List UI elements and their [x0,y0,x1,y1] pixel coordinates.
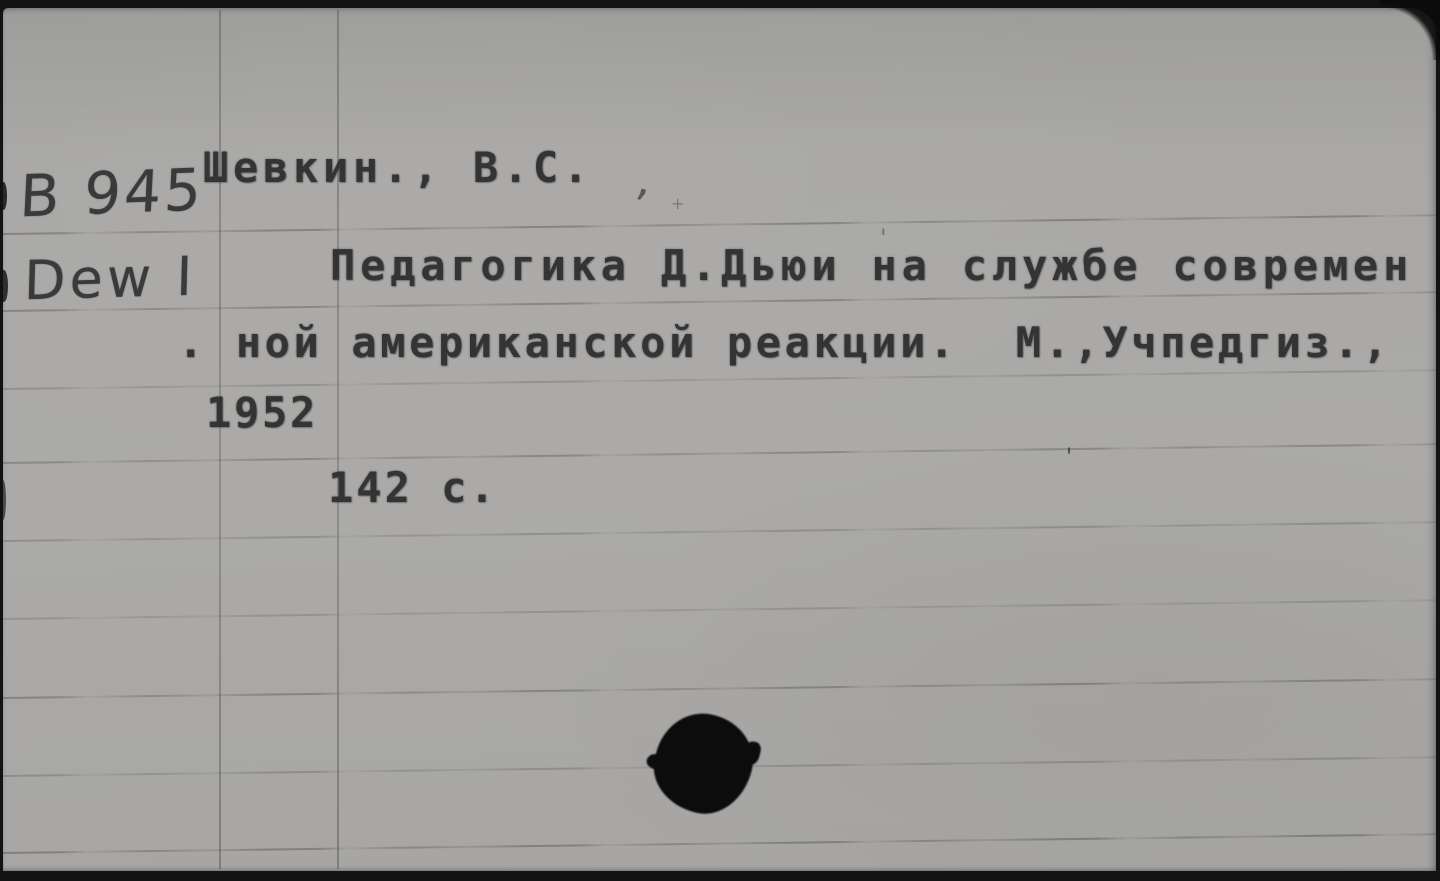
scan-edge-artifact [0,480,6,520]
publication-year: 1952 [206,392,318,434]
call-number-bottom: Dew I [23,250,197,308]
tick-mark-above-title: ' [880,226,887,250]
title-line-1: Педагогика Д.Дьюи на службе современ [330,245,1413,287]
title-line-2: . ной американской реакции. М.,Учпедгиз.… [178,322,1391,364]
scan-edge-artifact [0,182,7,210]
vertical-margin-line-right [337,10,339,869]
card-top-shading [3,8,1436,158]
call-number-top: В 945 [18,160,205,225]
author-line: Шевкин., В.С. [203,147,593,189]
tick-mark-right: ' [1066,447,1072,469]
rounded-corner-shadow [1380,0,1440,60]
small-plus-mark: + [671,196,684,212]
vertical-margin-line-left [219,10,221,869]
page-count: 142 с. [328,467,498,509]
scanned-catalog-card-page: В 945 Dew I Шевкин., В.С. Педагогика Д.Д… [0,0,1440,881]
scan-edge-artifact [0,270,8,302]
